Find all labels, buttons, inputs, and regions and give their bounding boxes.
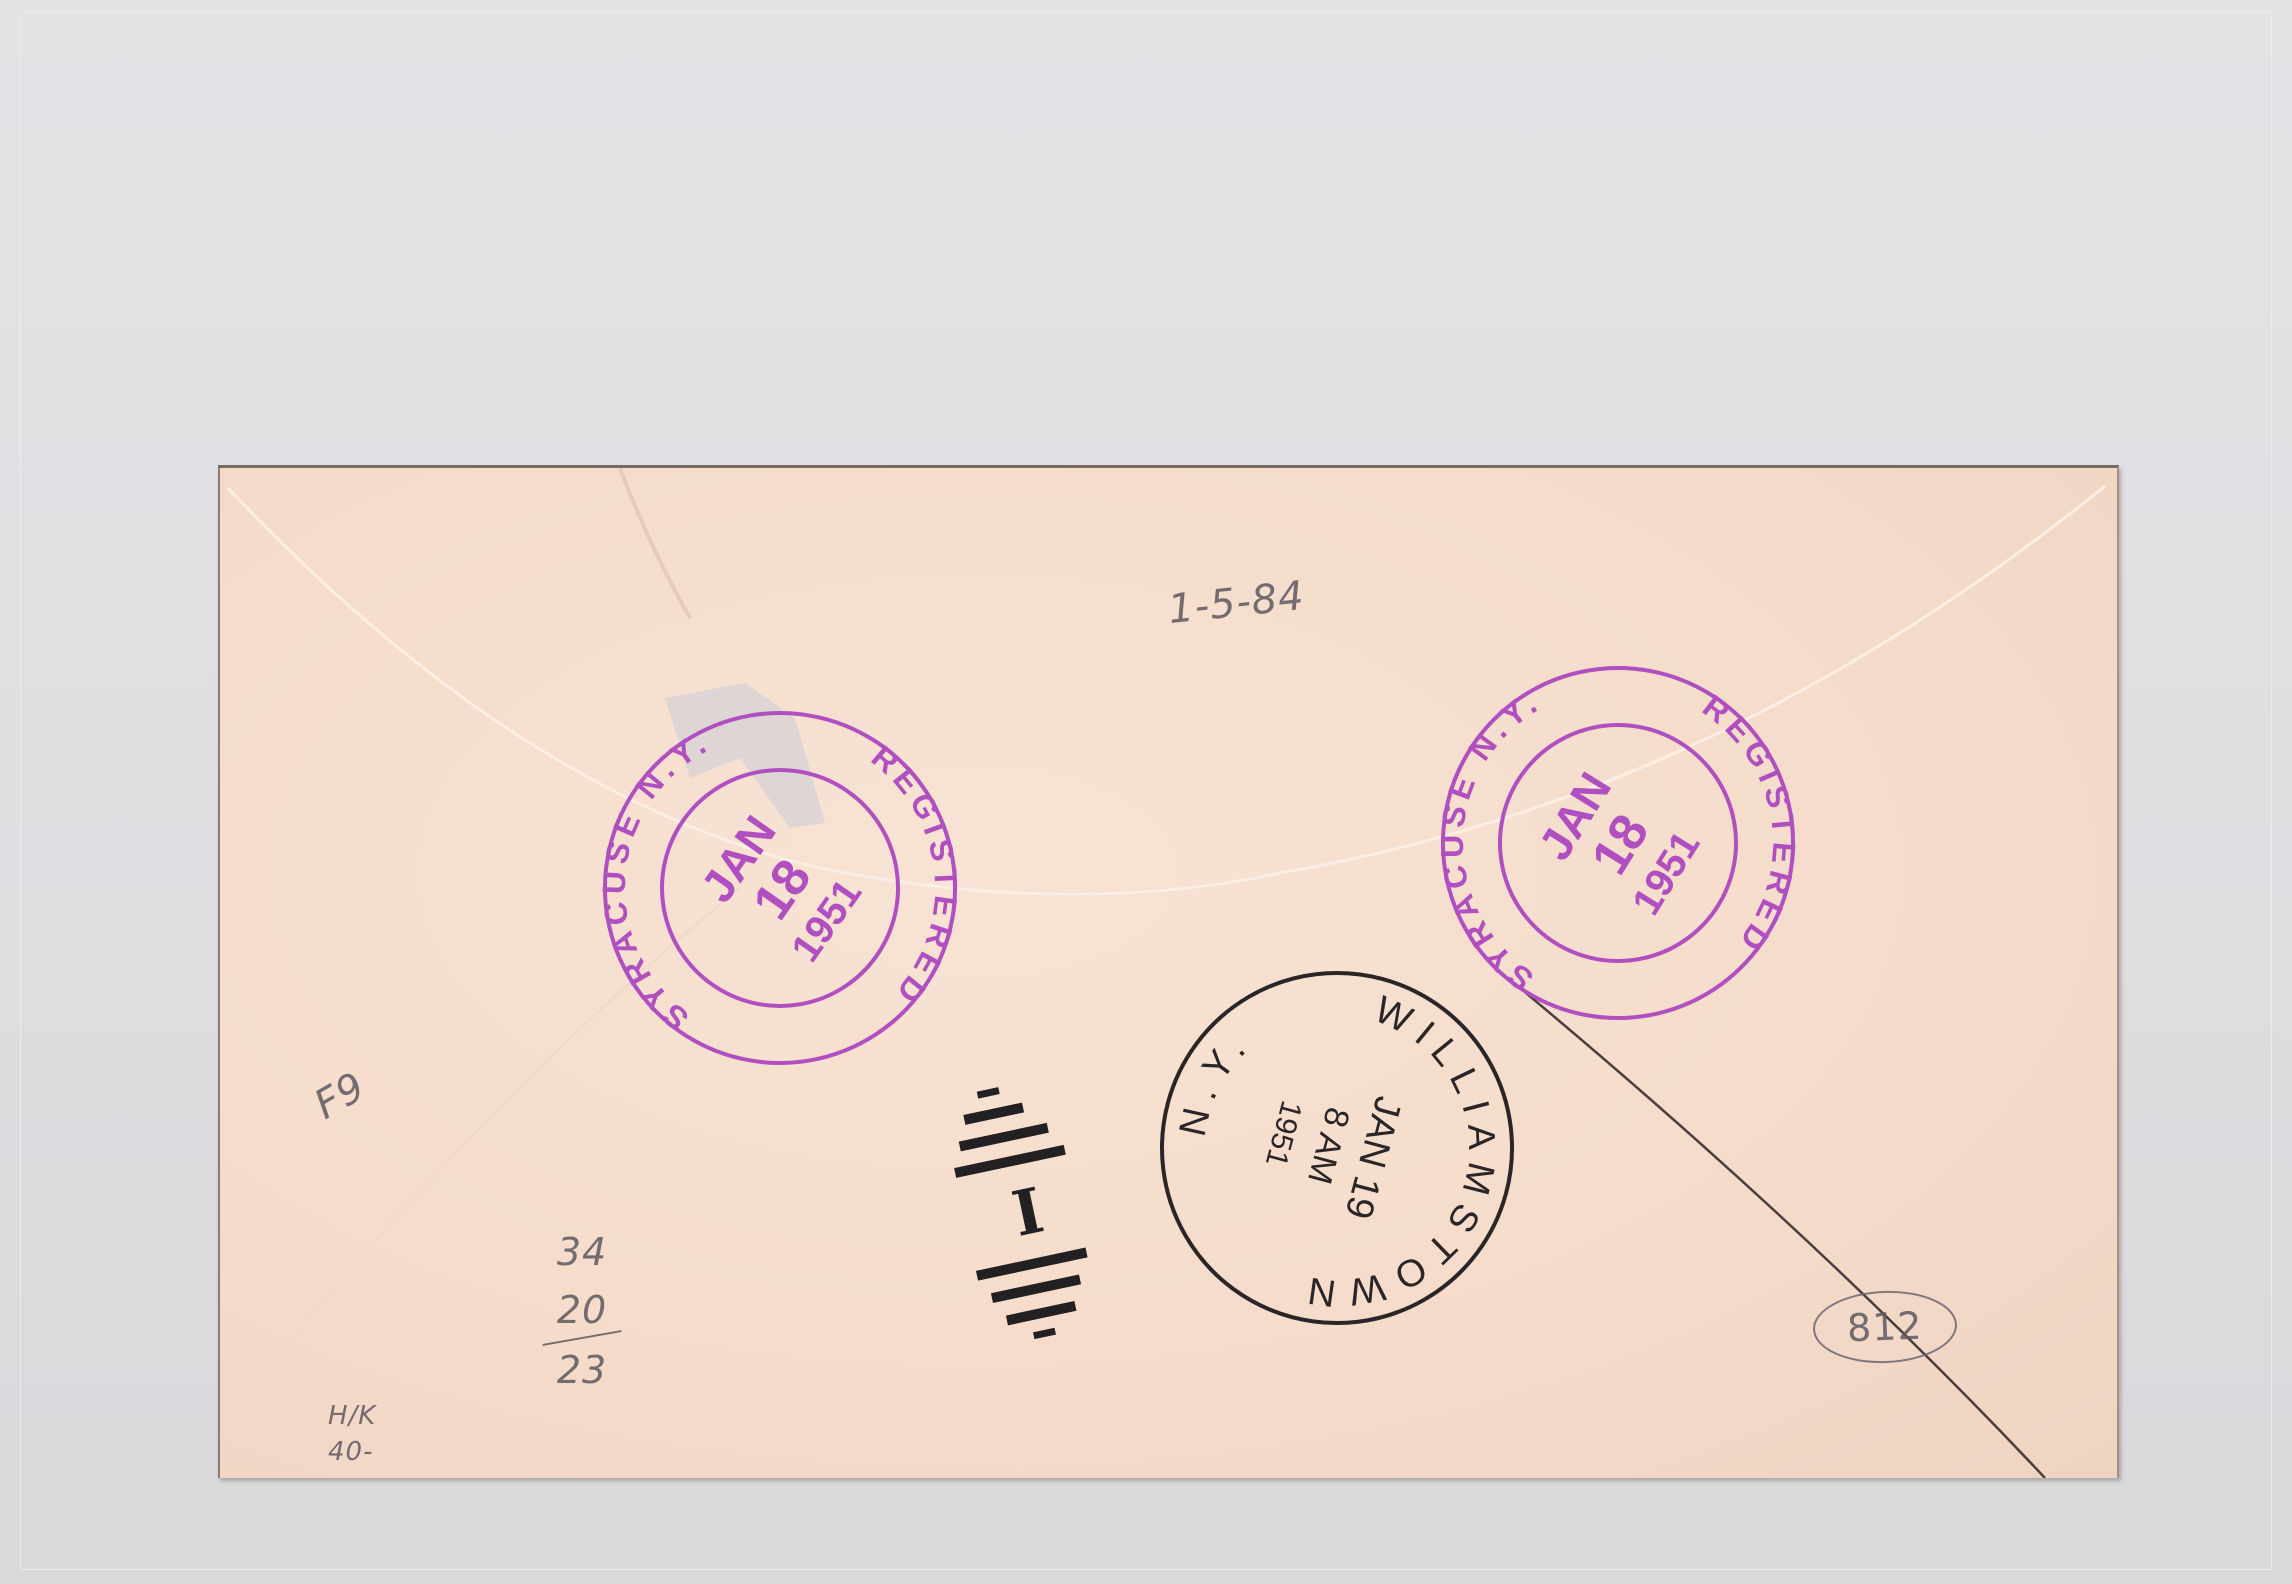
pencil-price: H/K 40- (328, 1398, 376, 1470)
envelope-back: SYRACUSE N.Y. REGISTERED JAN 18 1951 SYR… (218, 465, 2119, 1478)
postmark-williamstown-state: N.Y. (1170, 1012, 1266, 1148)
postmark-williamstown: WILLIAMSTOWN N.Y. JAN 19 8 AM 1951 (1123, 934, 1552, 1363)
calc-top: 34 (557, 1230, 607, 1274)
postmark-williamstown-year: 1951 (1259, 1097, 1308, 1170)
pencil-calculation: 34 20 23 (542, 1223, 622, 1399)
transit-mark: I (940, 1076, 1102, 1348)
transit-mark-letter: I (1006, 1174, 1050, 1251)
flap-crease (228, 486, 2105, 894)
calc-bottom: 23 (557, 1348, 607, 1392)
flap-edge-line (1520, 988, 2045, 1478)
price-code: H/K (328, 1401, 376, 1431)
svg-text:N.Y.: N.Y. (1170, 1012, 1266, 1148)
calc-divider (542, 1330, 621, 1346)
price-value: 40- (328, 1437, 373, 1467)
calc-mid: 20 (557, 1288, 607, 1332)
